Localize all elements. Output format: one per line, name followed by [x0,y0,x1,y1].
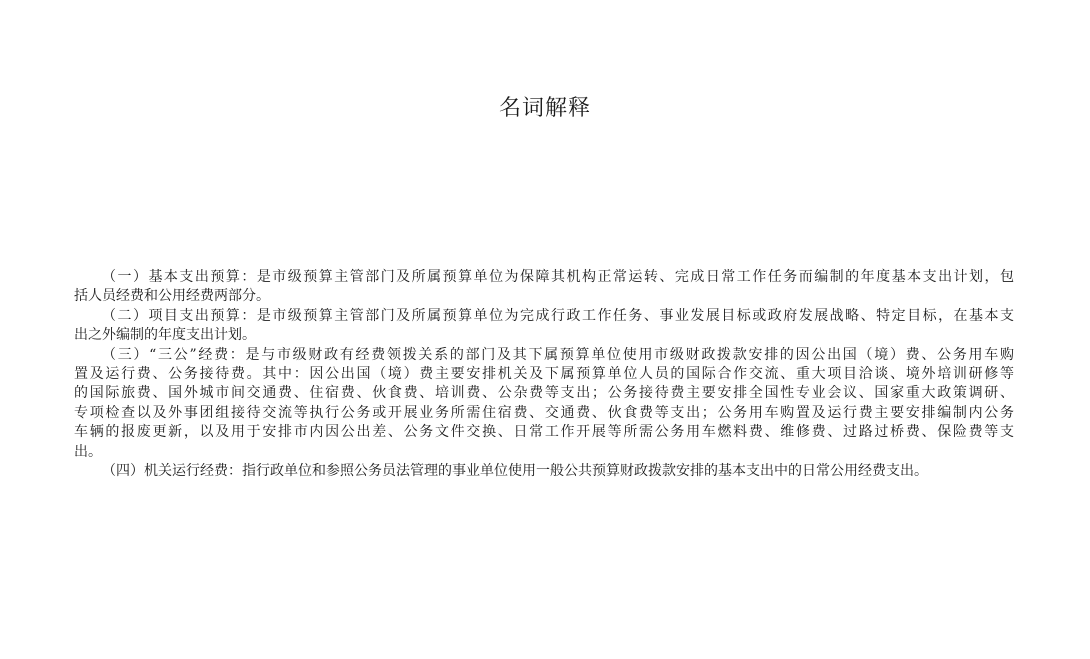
text-line: （二）项目支出预算：是市级预算主管部门及所属预算单位为完成行政工作任务、事业发展… [74,307,1014,326]
text-line: 专项检查以及外事团组接待交流等执行公务或开展业务所需住宿费、交通费、伙食费等支出… [74,404,1014,423]
text-line: 括人员经费和公用经费两部分。 [74,287,1014,306]
text-line: 的国际旅费、国外城市间交通费、住宿费、伙食费、培训费、公杂费等支出；公务接待费主… [74,384,1014,403]
text-line: 出。 [74,443,1014,462]
paragraph-three-public-expenses: （三）“三公”经费：是与市级财政有经费领拨关系的部门及其下属预算单位使用市级财政… [74,346,1019,462]
text-line: （三）“三公”经费：是与市级财政有经费领拨关系的部门及其下属预算单位使用市级财政… [74,346,1014,365]
glossary-body: （一）基本支出预算：是市级预算主管部门及所属预算单位为保障其机构正常运转、完成日… [74,268,1019,481]
text-line: 车辆的报废更新，以及用于安排市内因公出差、公务文件交换、日常工作开展等所需公务用… [74,423,1014,442]
text-line: 置及运行费、公务接待费。其中：因公出国（境）费主要安排机关及下属预算单位人员的国… [74,365,1014,384]
text-line: （一）基本支出预算：是市级预算主管部门及所属预算单位为保障其机构正常运转、完成日… [74,268,1014,287]
paragraph-agency-operating-expenses: （四）机关运行经费：指行政单位和参照公务员法管理的事业单位使用一般公共预算财政拨… [74,462,1019,481]
text-line: （四）机关运行经费：指行政单位和参照公务员法管理的事业单位使用一般公共预算财政拨… [74,462,1014,481]
text-line: 出之外编制的年度支出计划。 [74,326,1014,345]
paragraph-project-expenditure-budget: （二）项目支出预算：是市级预算主管部门及所属预算单位为完成行政工作任务、事业发展… [74,307,1019,346]
paragraph-basic-expenditure-budget: （一）基本支出预算：是市级预算主管部门及所属预算单位为保障其机构正常运转、完成日… [74,268,1019,307]
page-title: 名词解释 [0,93,1090,125]
